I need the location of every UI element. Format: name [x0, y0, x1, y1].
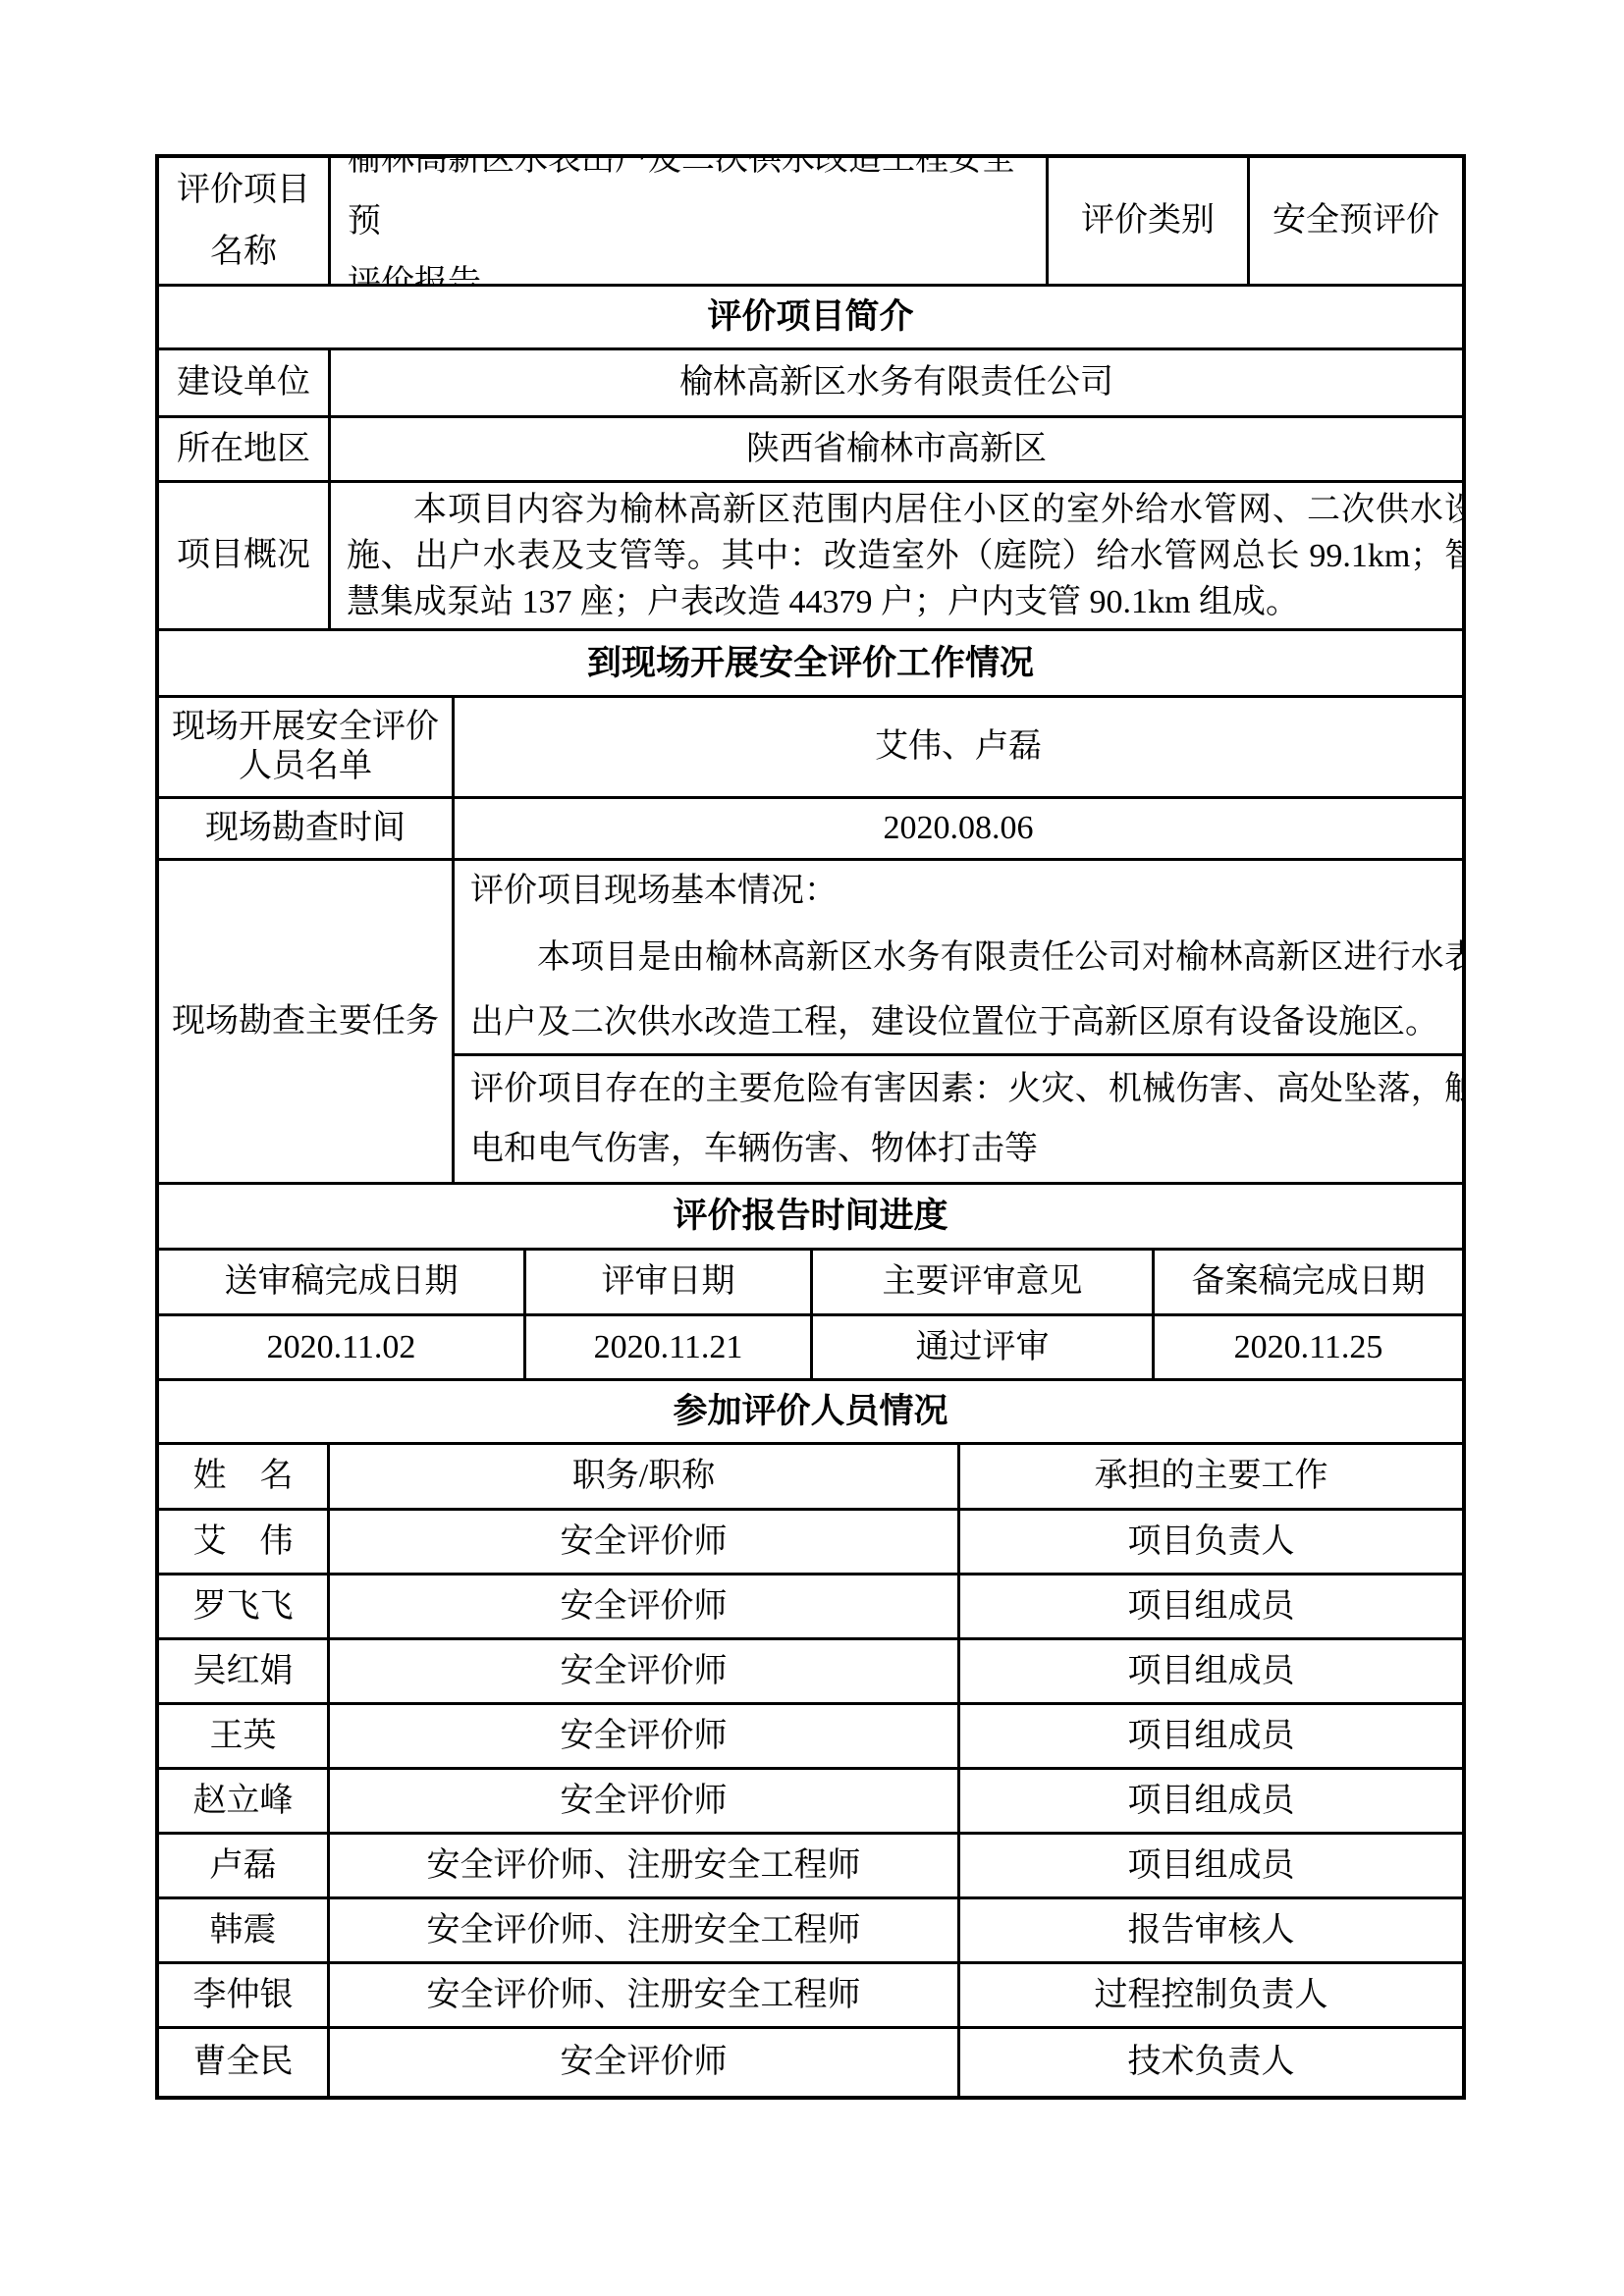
document-page: 评价项目 名称 榆林高新区水表出户及二次供水改造工程安全预 评价报告 评价类别 …	[0, 0, 1624, 2296]
person-work: 项目组成员	[960, 1575, 1462, 1640]
person-name: 吴红娟	[159, 1640, 330, 1705]
intro-section-header-row: 评价项目简介	[159, 287, 1462, 350]
category-label: 评价类别	[1049, 158, 1250, 287]
people-col-name: 姓 名	[159, 1445, 330, 1511]
person-name: 韩震	[159, 1899, 330, 1964]
person-title: 安全评价师、注册安全工程师	[330, 1835, 960, 1899]
construction-unit-label: 建设单位	[159, 350, 331, 418]
person-work: 报告审核人	[960, 1899, 1462, 1964]
site-staff-label: 现场开展安全评价 人员名单	[159, 698, 455, 799]
project-name-label-line2: 名称	[210, 221, 277, 283]
people-table: 姓 名 职务/职称 承担的主要工作 艾 伟 安全评价师 项目负责人 罗飞飞 安全…	[159, 1445, 1462, 2096]
person-title: 安全评价师、注册安全工程师	[330, 1964, 960, 2029]
site-staff-label-line1: 现场开展安全评价	[172, 708, 439, 747]
project-title: 榆林高新区水表出户及二次供水改造工程安全预 评价报告	[331, 158, 1049, 287]
person-work: 项目组成员	[960, 1640, 1462, 1705]
site-staff-value: 艾伟、卢磊	[455, 698, 1462, 799]
schedule-val-review-opinion: 通过评审	[813, 1316, 1155, 1381]
project-overview-value: 本项目内容为榆林高新区范围内居住小区的室外给水管网、二次供水设施、出户水表及支管…	[331, 483, 1462, 631]
survey-task-hazards: 评价项目存在的主要危险有害因素：火灾、机械伤害、高处坠落，触电和电气伤害，车辆伤…	[455, 1056, 1462, 1185]
people-col-work: 承担的主要工作	[960, 1445, 1462, 1511]
person-title: 安全评价师	[330, 1575, 960, 1640]
people-section-title: 参加评价人员情况	[159, 1381, 1462, 1445]
schedule-col-draft-date: 送审稿完成日期	[159, 1251, 526, 1316]
person-title: 安全评价师	[330, 1511, 960, 1575]
schedule-val-draft-date: 2020.11.02	[159, 1316, 526, 1381]
site-rows: 现场开展安全评价 人员名单 艾伟、卢磊 现场勘查时间 2020.08.06	[159, 698, 1462, 861]
site-staff-label-line2: 人员名单	[239, 747, 372, 786]
survey-time-label: 现场勘查时间	[159, 799, 455, 861]
project-name-label: 评价项目 名称	[159, 158, 331, 287]
person-name: 王英	[159, 1705, 330, 1770]
survey-task-site-conditions-heading: 评价项目现场基本情况：	[455, 861, 1462, 926]
survey-task-hazards-text: 评价项目存在的主要危险有害因素：火灾、机械伤害、高处坠落，触电和电气伤害，车辆伤…	[455, 1057, 1462, 1181]
survey-time-value: 2020.08.06	[455, 799, 1462, 861]
schedule-val-review-date: 2020.11.21	[526, 1316, 813, 1381]
person-name: 艾 伟	[159, 1511, 330, 1575]
person-title: 安全评价师	[330, 1770, 960, 1835]
person-name: 罗飞飞	[159, 1575, 330, 1640]
person-name: 卢磊	[159, 1835, 330, 1899]
person-work: 技术负责人	[960, 2029, 1462, 2096]
project-title-line2: 评价报告	[348, 252, 481, 288]
category-value: 安全预评价	[1250, 158, 1462, 287]
person-work: 过程控制负责人	[960, 1964, 1462, 2029]
survey-task-site-conditions: 评价项目现场基本情况： 本项目是由榆林高新区水务有限责任公司对榆林高新区进行水表…	[455, 861, 1462, 1056]
project-name-label-line1: 评价项目	[177, 159, 310, 221]
person-work: 项目负责人	[960, 1511, 1462, 1575]
people-col-title: 职务/职称	[330, 1445, 960, 1511]
schedule-col-review-opinion: 主要评审意见	[813, 1251, 1155, 1316]
intro-section-title: 评价项目简介	[159, 287, 1462, 350]
location-value: 陕西省榆林市高新区	[331, 418, 1462, 483]
site-section-header-row: 到现场开展安全评价工作情况	[159, 631, 1462, 698]
survey-task-site-conditions-body: 本项目是由榆林高新区水务有限责任公司对榆林高新区进行水表出户及二次供水改造工程，…	[455, 926, 1462, 1056]
person-work: 项目组成员	[960, 1770, 1462, 1835]
schedule-section-title: 评价报告时间进度	[159, 1185, 1462, 1251]
location-label: 所在地区	[159, 418, 331, 483]
schedule-col-review-date: 评审日期	[526, 1251, 813, 1316]
survey-task-row: 现场勘查主要任务 评价项目现场基本情况： 本项目是由榆林高新区水务有限责任公司对…	[159, 861, 1462, 1185]
person-name: 赵立峰	[159, 1770, 330, 1835]
schedule-val-record-date: 2020.11.25	[1155, 1316, 1462, 1381]
person-title: 安全评价师	[330, 2029, 960, 2096]
person-title: 安全评价师	[330, 1705, 960, 1770]
intro-rows: 建设单位 榆林高新区水务有限责任公司 所在地区 陕西省榆林市高新区 项目概况 本…	[159, 350, 1462, 631]
person-name: 李仲银	[159, 1964, 330, 2029]
people-section-header-row: 参加评价人员情况	[159, 1381, 1462, 1445]
person-name: 曹全民	[159, 2029, 330, 2096]
schedule-table: 送审稿完成日期 评审日期 主要评审意见 备案稿完成日期 2020.11.02 2…	[159, 1251, 1462, 1381]
schedule-section-header-row: 评价报告时间进度	[159, 1185, 1462, 1251]
person-work: 项目组成员	[960, 1835, 1462, 1899]
project-overview-label: 项目概况	[159, 483, 331, 631]
person-title: 安全评价师	[330, 1640, 960, 1705]
person-work: 项目组成员	[960, 1705, 1462, 1770]
project-title-line1: 榆林高新区水表出户及二次供水改造工程安全预	[348, 158, 1032, 252]
construction-unit-value: 榆林高新区水务有限责任公司	[331, 350, 1462, 418]
survey-task-label: 现场勘查主要任务	[159, 861, 455, 1185]
schedule-col-record-date: 备案稿完成日期	[1155, 1251, 1462, 1316]
person-title: 安全评价师、注册安全工程师	[330, 1899, 960, 1964]
project-overview-paragraph: 本项目内容为榆林高新区范围内居住小区的室外给水管网、二次供水设施、出户水表及支管…	[331, 483, 1462, 629]
site-section-title: 到现场开展安全评价工作情况	[159, 631, 1462, 698]
project-name-row: 评价项目 名称 榆林高新区水表出户及二次供水改造工程安全预 评价报告 评价类别 …	[159, 158, 1462, 287]
evaluation-form-table: 评价项目 名称 榆林高新区水表出户及二次供水改造工程安全预 评价报告 评价类别 …	[155, 154, 1466, 2100]
